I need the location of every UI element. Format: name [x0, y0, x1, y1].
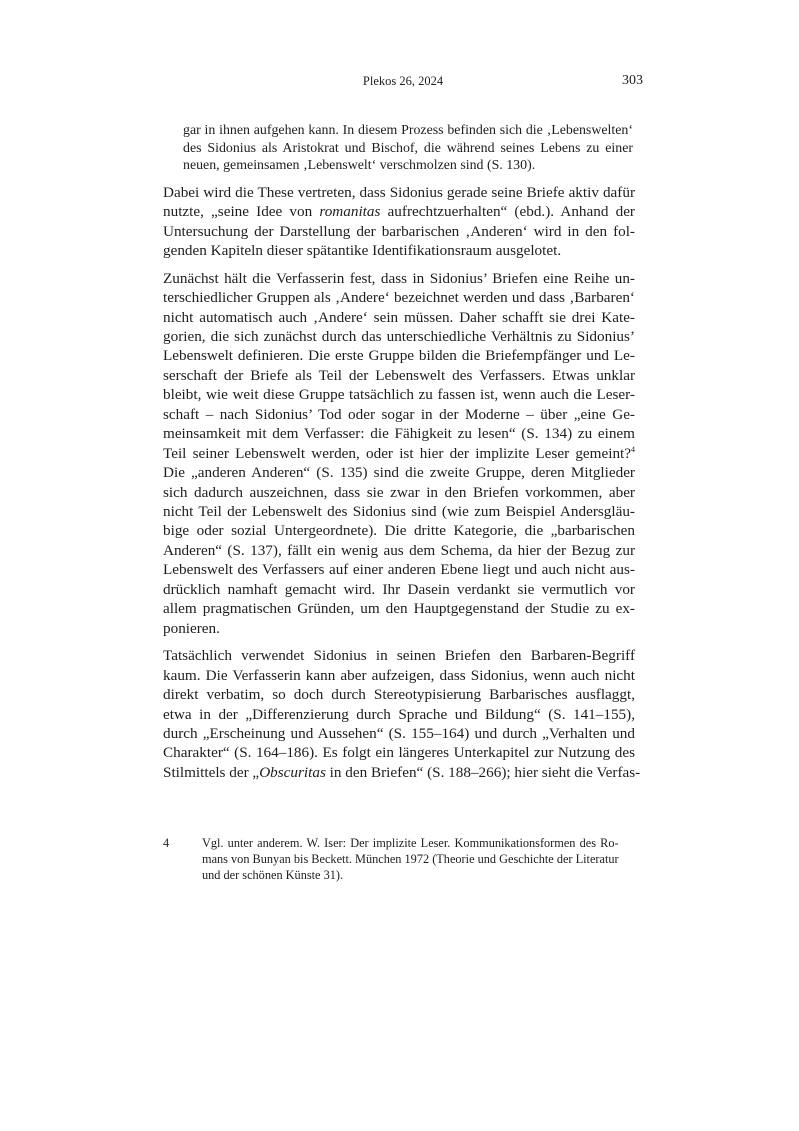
text-line: Dabei wird die These vertreten, dass Sid…: [163, 183, 635, 202]
text-line: meinsamkeit mit dem Verfasser: die Fähig…: [163, 424, 635, 443]
italic-term: Obscuritas: [259, 764, 326, 781]
text-line: Teil seiner Lebenswelt werden, oder ist …: [163, 444, 635, 463]
text-line: Stilmittels der „Obscuritas in den Brief…: [163, 763, 635, 782]
text-line: und der schönen Künste 31).: [202, 867, 619, 883]
running-header: Plekos 26, 2024 303: [163, 74, 643, 94]
body-text: gar in ihnen aufgehen kann. In diesem Pr…: [163, 122, 635, 790]
text-line: schaft – nach Sidonius’ Tod oder sogar i…: [163, 405, 635, 424]
footnote-list: 4Vgl. unter anderem. W. Iser: Der impliz…: [163, 835, 635, 883]
page-number: 303: [622, 73, 643, 89]
text-line: kaum. Die Verfasserin kann aber aufzeige…: [163, 666, 635, 685]
text-line: Untersuchung der Darstellung der barbari…: [163, 222, 635, 241]
text-line: nicht automatisch auch ‚Andere‘ sein müs…: [163, 308, 635, 327]
text-line: sich dadurch auszeichnen, dass sie zwar …: [163, 483, 635, 502]
text-line: nicht Teil der Lebenswelt des Sidonius s…: [163, 502, 635, 521]
text-line: direkt verbatim, so doch durch Stereotyp…: [163, 685, 635, 704]
text-line: bige oder sozial Untergeordnete). Die dr…: [163, 521, 635, 540]
footnote-number: 4: [163, 835, 202, 883]
text-line: Vgl. unter anderem. W. Iser: Der implizi…: [202, 835, 619, 851]
text-line: genden Kapiteln dieser spätantike Identi…: [163, 241, 635, 260]
text-line: durch „Erscheinung und Aussehen“ (S. 155…: [163, 724, 635, 743]
footnote-text: Vgl. unter anderem. W. Iser: Der implizi…: [202, 835, 619, 883]
text-line: Die „anderen Anderen“ (S. 135) sind die …: [163, 463, 635, 482]
footnote-ref[interactable]: 4: [631, 445, 635, 454]
block-quote: gar in ihnen aufgehen kann. In diesem Pr…: [183, 122, 633, 175]
paragraphs: Dabei wird die These vertreten, dass Sid…: [163, 183, 635, 783]
text-line: terschiedlicher Gruppen als ‚Andere‘ bez…: [163, 288, 635, 307]
paragraph: Dabei wird die These vertreten, dass Sid…: [163, 183, 635, 261]
text-line: etwa in der „Differenzierung durch Sprac…: [163, 705, 635, 724]
text-line: gorien, die sich zunächst durch das unte…: [163, 327, 635, 346]
text-line: mans von Bunyan bis Beckett. München 197…: [202, 851, 619, 867]
text-line: des Sidonius als Aristokrat und Bischof,…: [183, 140, 633, 158]
text-line: Charakter“ (S. 164–186). Es folgt ein lä…: [163, 743, 635, 762]
text-line: Lebenswelt des Verfassers auf einer ande…: [163, 560, 635, 579]
text-line: ponieren.: [163, 619, 635, 638]
text-line: allem pragmatischen Gründen, um den Haup…: [163, 599, 635, 618]
text-line: Lebenswelt definieren. Die erste Gruppe …: [163, 346, 635, 365]
footnote: 4Vgl. unter anderem. W. Iser: Der impliz…: [163, 835, 635, 883]
text-line: gar in ihnen aufgehen kann. In diesem Pr…: [183, 122, 633, 140]
text-line: Tatsächlich verwendet Sidonius in seinen…: [163, 646, 635, 665]
italic-term: romanitas: [319, 203, 380, 220]
text-line: Anderen“ (S. 137), fällt ein wenig aus d…: [163, 541, 635, 560]
text-line: nutzte, „seine Idee von romanitas aufrec…: [163, 202, 635, 221]
footnotes: 4Vgl. unter anderem. W. Iser: Der impliz…: [163, 835, 635, 883]
text-line: Zunächst hält die Verfasserin fest, dass…: [163, 269, 635, 288]
text-line: bleibt, wie weit diese Gruppe tatsächlic…: [163, 385, 635, 404]
text-line: serschaft der Briefe als Teil der Lebens…: [163, 366, 635, 385]
running-title: Plekos 26, 2024: [163, 74, 643, 89]
text-line: neuen, gemeinsamen ‚Lebenswelt‘ verschmo…: [183, 157, 633, 175]
paragraph: Tatsächlich verwendet Sidonius in seinen…: [163, 646, 635, 782]
text-line: drücklich namhaft gemacht wird. Ihr Dase…: [163, 580, 635, 599]
paragraph: Zunächst hält die Verfasserin fest, dass…: [163, 269, 635, 639]
